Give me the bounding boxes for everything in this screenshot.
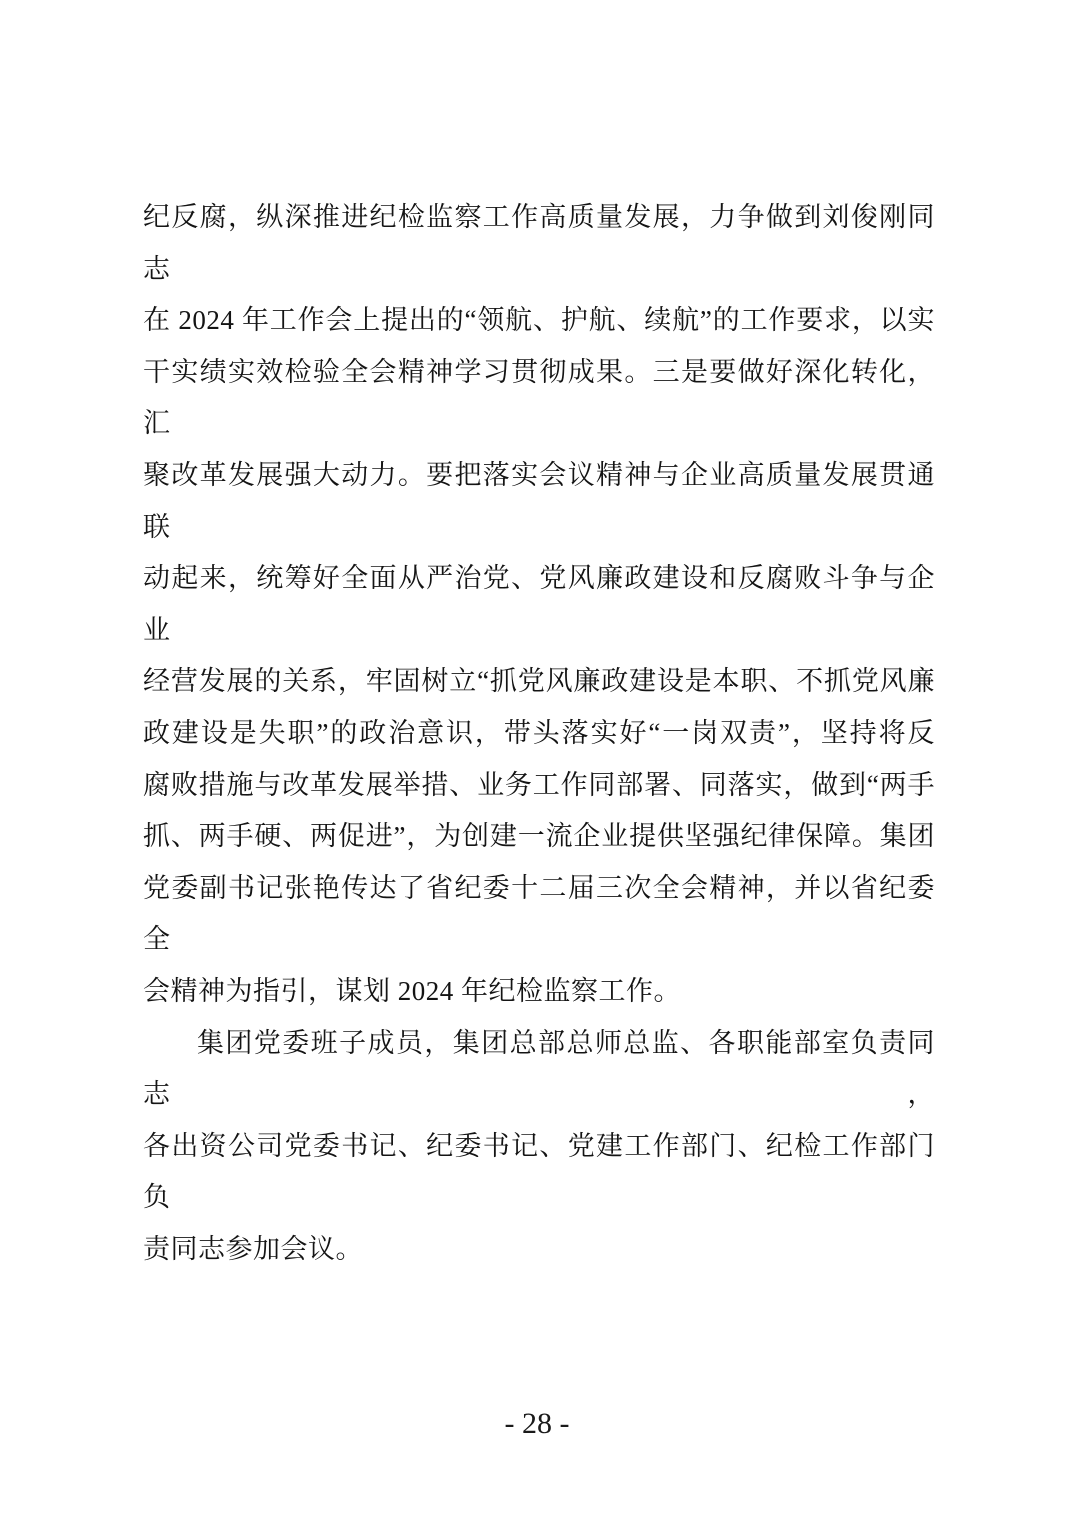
text-line: 各出资公司党委书记、纪委书记、党建工作部门、纪检工作部门负 [143, 1121, 935, 1224]
text-line: 动起来，统筹好全面从严治党、党风廉政建设和反腐败斗争与企业 [143, 553, 935, 656]
text-line: 责同志参加会议。 [143, 1224, 935, 1276]
text-line: 聚改革发展强大动力。要把落实会议精神与企业高质量发展贯通联 [143, 450, 935, 553]
text-line: 抓、两手硬、两促进”，为创建一流企业提供坚强纪律保障。集团 [143, 811, 935, 863]
document-body: 纪反腐，纵深推进纪检监察工作高质量发展，力争做到刘俊刚同志 在 2024 年工作… [143, 192, 935, 1275]
text-line: 经营发展的关系，牢固树立“抓党风廉政建设是本职、不抓党风廉 [143, 656, 935, 708]
text-line: 干实绩实效检验全会精神学习贯彻成果。三是要做好深化转化，汇 [143, 347, 935, 450]
text-line: 纪反腐，纵深推进纪检监察工作高质量发展，力争做到刘俊刚同志 [143, 192, 935, 295]
text-line: 政建设是失职”的政治意识，带头落实好“一岗双责”，坚持将反 [143, 708, 935, 760]
text-line: 党委副书记张艳传达了省纪委十二届三次全会精神，并以省纪委全 [143, 863, 935, 966]
text-line: 会精神为指引，谋划 2024 年纪检监察工作。 [143, 966, 935, 1018]
page-number: - 28 - [0, 1408, 1074, 1440]
text-line: 腐败措施与改革发展举措、业务工作同部署、同落实，做到“两手 [143, 760, 935, 812]
document-page: 纪反腐，纵深推进纪检监察工作高质量发展，力争做到刘俊刚同志 在 2024 年工作… [0, 0, 1074, 1520]
text-line: 在 2024 年工作会上提出的“领航、护航、续航”的工作要求，以实 [143, 295, 935, 347]
page-number-text: - 28 - [505, 1407, 570, 1440]
text-line-paragraph-start: 集团党委班子成员，集团总部总师总监、各职能部室负责同志， [143, 1018, 935, 1121]
